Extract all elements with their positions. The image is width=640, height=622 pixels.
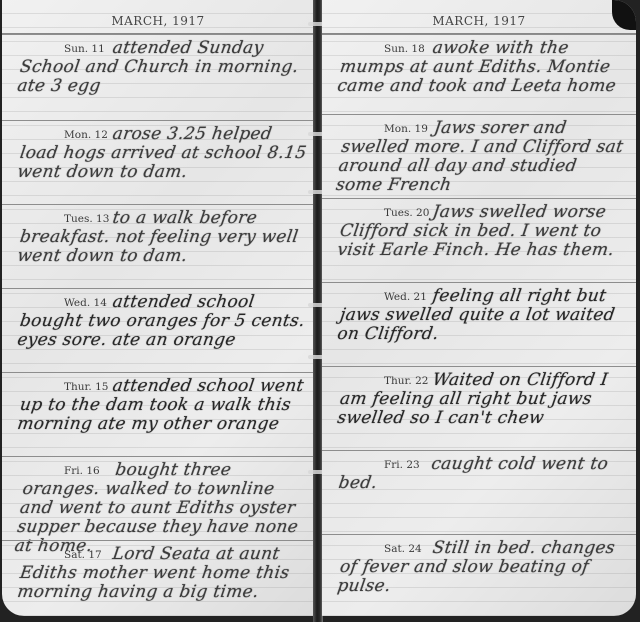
entry-text: awoke with the mumps at aunt Ediths. Mon…: [336, 39, 634, 96]
diary-entry-sun-11: Sun. 11 attended Sunday School and Churc…: [2, 34, 314, 121]
diary-entry-sun-18: Sun. 18 awoke with the mumps at aunt Edi…: [322, 34, 636, 115]
entry-text: attended school went up to the dam took …: [16, 377, 312, 434]
diary-entry-tues-20: Tues. 20 Jaws swelled worse Clifford sic…: [322, 198, 636, 283]
right-page: MARCH, 1917 Sun. 18 awoke with the mumps…: [322, 0, 636, 616]
entry-text: arose 3.25 helped load hogs arrived at s…: [16, 125, 312, 182]
diary-entry-fri-16: Fri. 16 bought three oranges. walked to …: [2, 456, 314, 541]
entry-text: Waited on Clifford I am feeling all righ…: [336, 371, 634, 428]
diary-entry-tues-13: Tues. 13 to a walk before breakfast. not…: [2, 204, 314, 289]
diary-scan: MARCH, 1917 Sun. 11 attended Sunday Scho…: [0, 0, 640, 622]
diary-entry-fri-23: Fri. 23 caught cold went to bed.: [322, 450, 636, 535]
entry-text: Jaws swelled worse Clifford sick in bed.…: [336, 203, 634, 260]
diary-entry-mon-12: Mon. 12 arose 3.25 helped load hogs arri…: [2, 120, 314, 205]
entry-text: Lord Seata at aunt Ediths mother went ho…: [16, 545, 312, 602]
entry-text: Jaws sorer and swelled more. I and Cliff…: [335, 119, 636, 195]
diary-entry-thur-22: Thur. 22 Waited on Clifford I am feeling…: [322, 366, 636, 451]
entry-text: attended school bought two oranges for 5…: [16, 293, 312, 350]
left-page: MARCH, 1917 Sun. 11 attended Sunday Scho…: [2, 0, 314, 616]
diary-entry-wed-14: Wed. 14 attended school bought two orang…: [2, 288, 314, 373]
diary-entry-wed-21: Wed. 21 feeling all right but jaws swell…: [322, 282, 636, 367]
entry-text: Still in bed. changes of fever and slow …: [336, 539, 634, 596]
diary-entry-thur-15: Thur. 15 attended school went up to the …: [2, 372, 314, 457]
diary-entry-sat-17: Sat. 17 Lord Seata at aunt Ediths mother…: [2, 540, 314, 616]
entry-text: feeling all right but jaws swelled quite…: [336, 287, 634, 344]
entry-text: caught cold went to bed.: [337, 455, 632, 493]
entry-text: attended Sunday School and Church in mor…: [16, 39, 312, 96]
entry-text: to a walk before breakfast. not feeling …: [16, 209, 312, 266]
page-header-right: MARCH, 1917: [322, 14, 636, 28]
diary-entry-sat-24: Sat. 24 Still in bed. changes of fever a…: [322, 534, 636, 616]
page-header-left: MARCH, 1917: [2, 14, 314, 28]
diary-entry-mon-19: Mon. 19 Jaws sorer and swelled more. I a…: [322, 114, 636, 199]
